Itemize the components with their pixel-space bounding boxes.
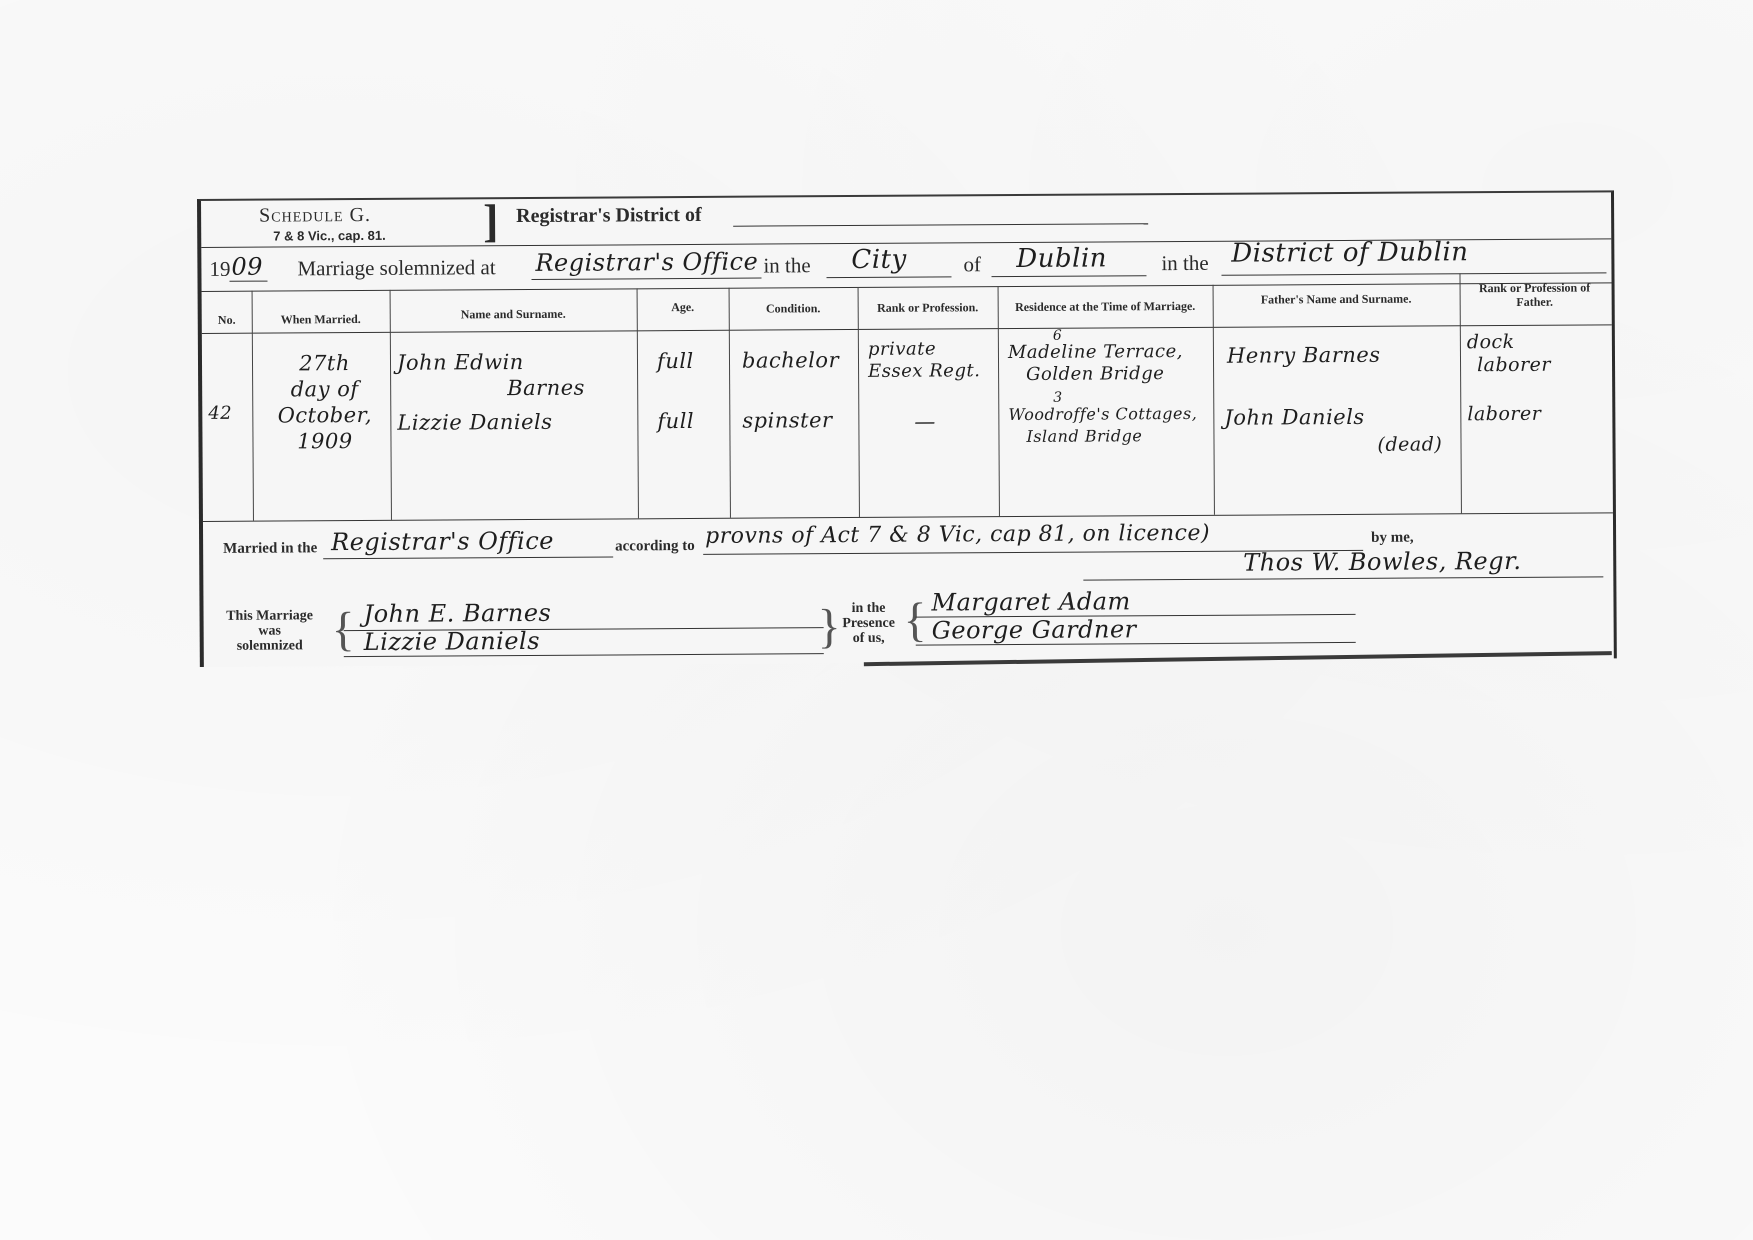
when-day: 27th <box>262 350 387 377</box>
col-line <box>729 288 731 518</box>
place-underline <box>531 278 761 280</box>
entry-bottom-divider <box>203 512 1613 522</box>
witness-2-signature: George Gardner <box>932 615 1137 644</box>
groom-residence-line-1: Madeline Terrace, <box>1008 341 1213 364</box>
col-header-rank: Rank or Profession. <box>858 300 998 315</box>
place-value: Registrar's Office <box>535 248 758 277</box>
bride-father-note: (dead) <box>1377 433 1442 455</box>
witness-1-signature: Margaret Adam <box>931 587 1130 616</box>
groom-father-rank: dock laborer <box>1467 331 1551 378</box>
year-prefix: 19 <box>209 257 230 282</box>
married-in-underline <box>323 556 613 559</box>
area-name-value: Dublin <box>1016 243 1107 274</box>
bride-residence-line-1: Woodroffe's Cottages, <box>1008 403 1213 426</box>
schedule-bracket: ] <box>483 201 499 241</box>
row-divider <box>202 282 1612 292</box>
when-month: October, <box>262 402 387 429</box>
header-divider <box>202 324 1612 334</box>
groom-surname: Barnes <box>397 374 632 401</box>
col-line <box>1459 273 1461 513</box>
registrar-underline <box>1083 576 1603 580</box>
groom-residence-line-2: Golden Bridge <box>1008 363 1213 386</box>
by-me-label: by me, <box>1371 530 1414 547</box>
col-header-father-rank: Rank or Profession of Father. <box>1460 280 1610 309</box>
married-in-label: Married in the <box>223 540 317 558</box>
groom-name: John Edwin Barnes <box>397 348 632 401</box>
district-underline <box>1221 272 1606 275</box>
solemnized-label-line-1: This Marriage <box>210 608 330 624</box>
col-header-no: No. <box>202 313 252 327</box>
registrar-signature: Thos W. Bowles, Regr. <box>1243 547 1521 577</box>
when-year: 1909 <box>262 428 387 455</box>
district-value: District of Dublin <box>1231 237 1468 268</box>
groom-rank: private Essex Regt. <box>868 338 981 383</box>
groom-rank-line-2: Essex Regt. <box>868 360 980 383</box>
year-suffix: 09 <box>231 253 263 281</box>
in-the-label-2: in the <box>1161 251 1208 276</box>
col-header-condition: Condition. <box>729 301 858 316</box>
groom-father-rank-line-1: dock <box>1467 331 1551 355</box>
bride-name: Lizzie Daniels <box>397 409 552 436</box>
col-line <box>998 286 1000 516</box>
bride-residence-line-2: Island Bridge <box>1008 425 1213 448</box>
col-line <box>858 287 860 517</box>
groom-father-name: Henry Barnes <box>1227 342 1381 369</box>
col-header-when-married: When Married. <box>252 312 390 327</box>
area-name-underline <box>991 275 1146 277</box>
according-value: provns of Act 7 & 8 Vic, cap 81, on lice… <box>705 521 1210 549</box>
bride-age: full <box>657 408 694 434</box>
bottom-rule <box>864 651 1612 666</box>
groom-father-rank-line-2: laborer <box>1467 354 1551 378</box>
bride-condition: spinster <box>742 407 832 434</box>
area-type-value: City <box>851 245 907 275</box>
solemnized-label: This Marriage was solemnized <box>210 608 330 654</box>
year-underline <box>230 281 268 282</box>
married-in-place: Registrar's Office <box>331 527 554 556</box>
schedule-act: 7 & 8 Vic., cap. 81. <box>273 228 386 244</box>
groom-rank-line-1: private <box>868 338 980 361</box>
groom-given-names: John Edwin <box>397 348 632 375</box>
bride-residence: 3 Woodroffe's Cottages, Island Bridge <box>1008 391 1213 448</box>
bride-father-name: John Daniels <box>1224 404 1364 431</box>
area-type-underline <box>826 276 951 278</box>
solemnized-label-line-2: was <box>210 623 330 639</box>
when-day-of: day of <box>262 376 387 403</box>
solemnized-label-line-3: solemnized <box>210 638 330 654</box>
col-line <box>637 288 639 518</box>
witnesses-brace: { <box>903 597 926 645</box>
col-line <box>390 290 392 520</box>
col-header-name: Name and Surname. <box>390 306 637 322</box>
entry-no: 42 <box>208 401 232 427</box>
presence-label: in the Presence of us, <box>833 601 903 646</box>
presence-label-line-1: in the <box>833 601 903 616</box>
groom-residence: 6 Madeline Terrace, Golden Bridge <box>1008 329 1213 386</box>
presence-label-line-2: Presence <box>834 616 904 631</box>
col-header-residence: Residence at the Time of Marriage. <box>998 299 1213 314</box>
presence-label-line-3: of us, <box>834 631 904 646</box>
bride-rank: — <box>914 408 936 434</box>
of-label: of <box>963 252 981 277</box>
groom-age: full <box>657 348 694 374</box>
col-header-father-name: Father's Name and Surname. <box>1213 291 1460 307</box>
party-1-signature: John E. Barnes <box>363 599 551 628</box>
in-the-label-1: in the <box>763 253 810 278</box>
col-header-age: Age. <box>637 300 729 315</box>
party-2-signature: Lizzie Daniels <box>364 627 540 656</box>
solemnized-at-label: Marriage solemnized at <box>297 255 495 281</box>
district-label: Registrar's District of <box>516 204 702 228</box>
entry-when-married: 27th day of October, 1909 <box>262 350 388 455</box>
schedule-title: Schedule G. <box>259 204 371 228</box>
bride-father-rank: laborer <box>1467 403 1541 425</box>
marriage-certificate: Schedule G. 7 & 8 Vic., cap. 81. ] Regis… <box>197 190 1617 667</box>
groom-condition: bachelor <box>742 347 839 374</box>
district-field <box>733 223 1148 227</box>
according-to-label: according to <box>615 538 695 555</box>
